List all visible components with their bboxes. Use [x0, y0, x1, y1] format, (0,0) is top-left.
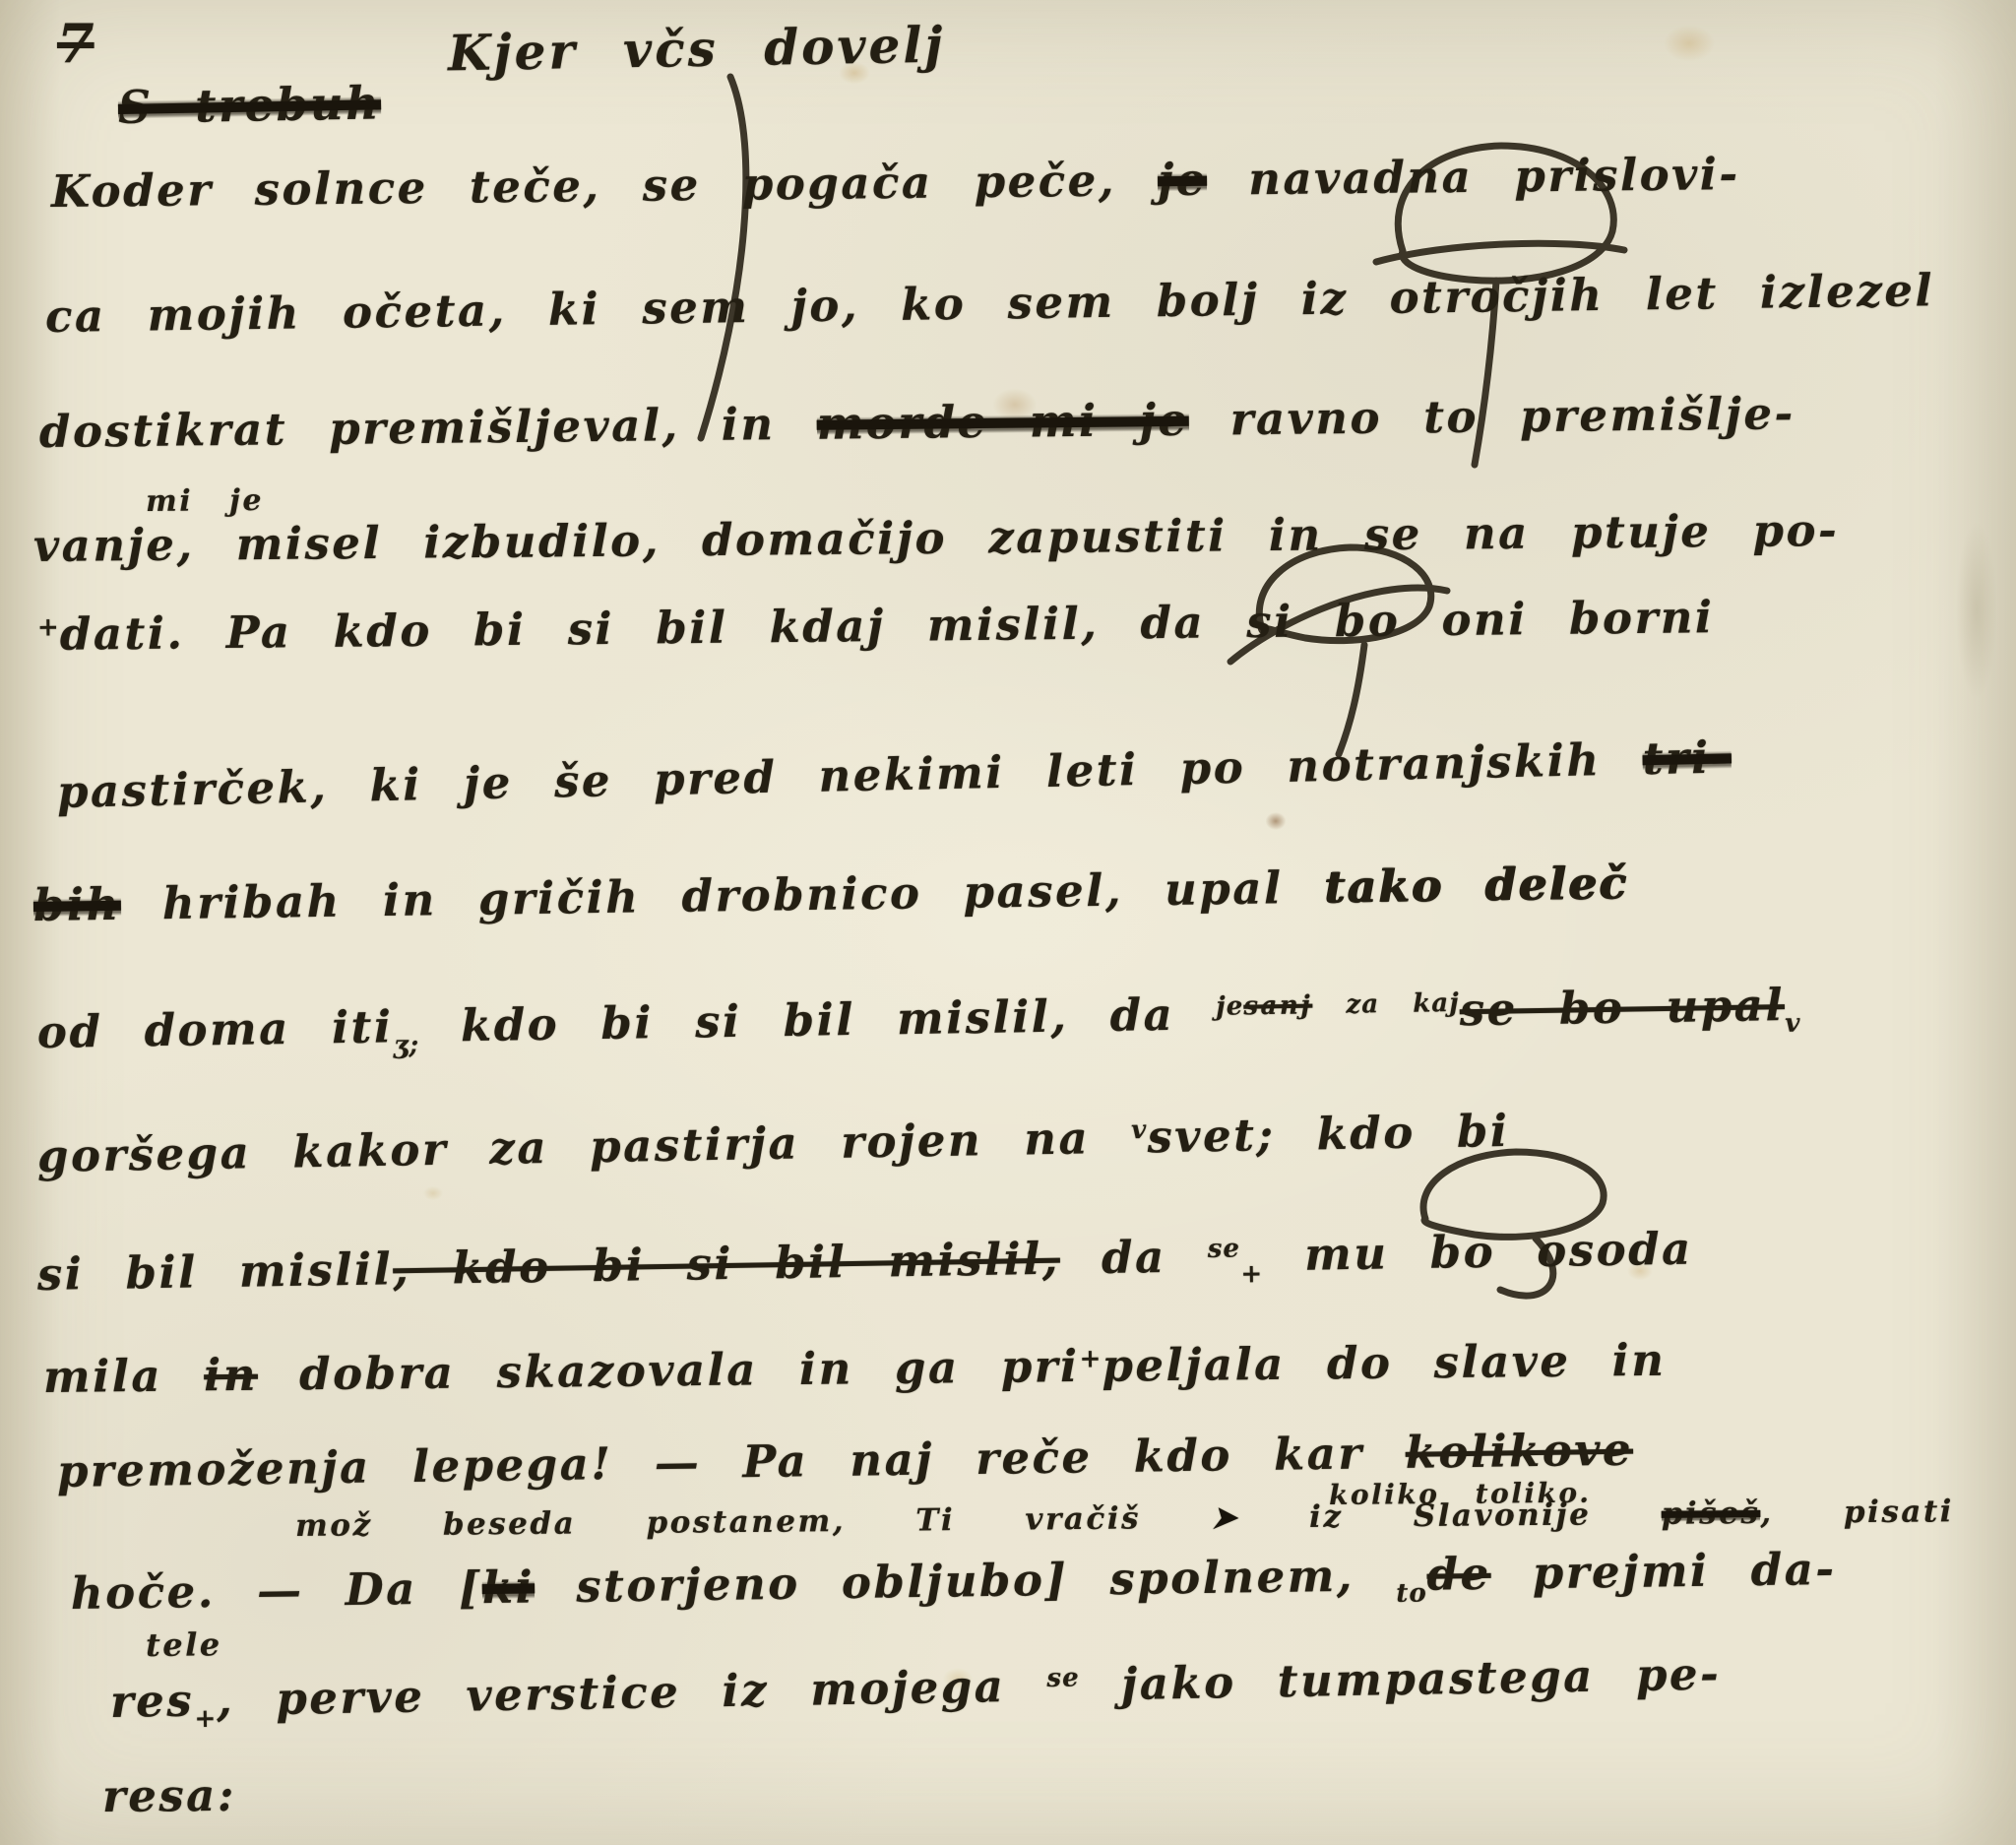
manuscript-heading: Kjer včs dovelj	[448, 16, 946, 83]
paper-stain	[1262, 809, 1290, 833]
text-segment: dati. Pa kdo bi si bil kdaj mislil, da s…	[60, 591, 1715, 661]
text-segment-bold: tako deleč	[1324, 857, 1629, 913]
manuscript-line: od doma itiʒ; kdo bi si bil mislil, da j…	[37, 979, 1801, 1066]
text-segment: si bil mislil	[37, 1242, 394, 1301]
text-segment: navadna prislovi-	[1207, 148, 1740, 206]
text-segment-scribble: bih	[33, 878, 122, 931]
text-segment: mu bo osoda	[1263, 1223, 1694, 1282]
manuscript-line: resa:	[102, 1769, 236, 1822]
text-segment-scribble: tri-	[1642, 731, 1732, 785]
text-segment: pastirček, ki je še pred nekimi leti po …	[56, 732, 1643, 818]
manuscript-line: dostikrat premišljeval, in morde mi je r…	[39, 387, 1795, 458]
text-segment: , perve verstice iz mojega	[217, 1659, 1047, 1726]
manuscript-line: mož beseda postanem, Ti vračiš ➤ iz Slav…	[295, 1494, 1954, 1544]
text-segment: mi je	[146, 483, 264, 519]
manuscript-line: +dati. Pa kdo bi si bil kdaj mislil, da …	[37, 591, 1715, 661]
text-segment-sub: +	[1240, 1258, 1263, 1289]
manuscript-line: ca mojih očeta, ki sem jo, ko sem bolj i…	[45, 264, 1935, 343]
text-segment: dobra skazovala in ga pri	[258, 1340, 1080, 1401]
text-segment-strike: , kdo bi si bil mislil,	[393, 1233, 1061, 1296]
text-segment: , pisati	[1760, 1494, 1954, 1531]
text-segment: prejmi da-	[1490, 1543, 1837, 1600]
text-segment-sup: se	[1046, 1662, 1080, 1693]
manuscript-line: Koder solnce teče, se pogača peče, je na…	[51, 148, 1740, 218]
text-segment: hoče. — Da [	[71, 1561, 483, 1620]
text-segment: dostikrat premišljeval, in	[39, 398, 817, 458]
text-segment-sub: to	[1396, 1577, 1427, 1608]
text-segment-scribble: morde mi je	[816, 394, 1188, 450]
text-segment-scribble: je	[1158, 154, 1207, 207]
text-segment: jako tumpastega pe-	[1079, 1647, 1721, 1710]
text-segment-sup: v	[1131, 1114, 1148, 1145]
text-segment-scribble: S trebuh	[118, 76, 382, 134]
manuscript-line: hoče. — Da [ki storjeno obljubo] spolnem…	[71, 1543, 1837, 1627]
manuscript-line: mila in dobra skazovala in ga pri+peljal…	[43, 1334, 1667, 1403]
text-segment: storjeno obljubo] spolnem,	[535, 1549, 1397, 1613]
paper-stain	[1949, 492, 2004, 729]
paper-stain	[1654, 18, 1725, 69]
text-segment: premoženja lepega! — Pa naj reče kdo kar	[57, 1427, 1406, 1497]
text-segment: hribah in gričih drobnico pasel, upal	[120, 861, 1325, 930]
text-segment: ca mojih očeta, ki sem jo, ko sem bolj i…	[45, 264, 1935, 343]
manuscript-line: tele	[146, 1625, 222, 1664]
text-segment: iz Slavonije	[1239, 1496, 1662, 1536]
text-segment: Koder solnce teče, se pogača peče,	[51, 154, 1159, 218]
text-segment-supstrike: sanj	[1243, 989, 1312, 1021]
manuscript-line: S trebuh	[118, 76, 382, 134]
text-segment: goršega kakor za pastirja rojen na	[37, 1112, 1132, 1182]
text-segment: mila	[43, 1349, 205, 1403]
manuscript-page: 7 Kjer včs dovelj S trebuhKoder solnce t…	[0, 0, 2016, 1845]
text-segment: ravno to premišlje-	[1188, 387, 1795, 445]
text-segment-strike: kolikove	[1405, 1424, 1633, 1479]
text-segment: kdo bi si bil mislil, da	[418, 987, 1216, 1052]
text-segment-blot: ➤	[1211, 1500, 1239, 1536]
text-segment: tele	[146, 1625, 222, 1664]
text-segment-sup: +	[1079, 1343, 1102, 1373]
text-segment: peljala do slave in	[1102, 1334, 1667, 1392]
text-segment-sup: +	[37, 611, 60, 642]
text-segment: od doma iti	[37, 1000, 394, 1058]
text-segment-sup: za kaj	[1312, 987, 1460, 1020]
text-segment: da	[1059, 1230, 1208, 1284]
paper-stain	[419, 1183, 447, 1203]
loop-doodle-top-underline	[1376, 243, 1624, 262]
text-segment: mož beseda postanem, Ti vračiš	[295, 1500, 1212, 1544]
manuscript-line: pastirček, ki je še pred nekimi leti po …	[56, 731, 1732, 818]
manuscript-line: res+, perve verstice iz mojega se jako t…	[109, 1647, 1721, 1735]
heading-flourish	[701, 77, 746, 438]
text-segment-sub: ʒ;	[393, 1030, 419, 1060]
text-segment-sup: je	[1216, 990, 1244, 1021]
page-number-mark: 7	[57, 12, 94, 75]
text-segment-strike: se bo upal	[1459, 979, 1785, 1036]
text-segment: svet; kdo bi	[1147, 1105, 1510, 1163]
text-segment-sup: se	[1207, 1233, 1240, 1264]
text-segment: resa:	[102, 1769, 236, 1822]
manuscript-line: mi je	[146, 483, 264, 519]
text-segment-strike: de	[1426, 1548, 1491, 1601]
text-segment-strike: in	[204, 1349, 258, 1402]
text-segment: res	[109, 1675, 194, 1728]
text-segment-sub: v	[1785, 1008, 1801, 1039]
text-segment-sub: +	[194, 1703, 217, 1734]
text-segment-scribble: pišeš	[1662, 1495, 1761, 1532]
manuscript-line: si bil mislil, kdo bi si bil mislil, da …	[37, 1223, 1694, 1308]
manuscript-line: bih hribah in gričih drobnico pasel, upa…	[33, 857, 1629, 931]
text-segment: vanje, misel izbudilo, domačijo zapustit…	[33, 504, 1840, 572]
manuscript-line: goršega kakor za pastirja rojen na vsvet…	[37, 1105, 1510, 1182]
text-segment-scribble: ki	[481, 1560, 535, 1614]
manuscript-line: vanje, misel izbudilo, domačijo zapustit…	[33, 504, 1840, 572]
